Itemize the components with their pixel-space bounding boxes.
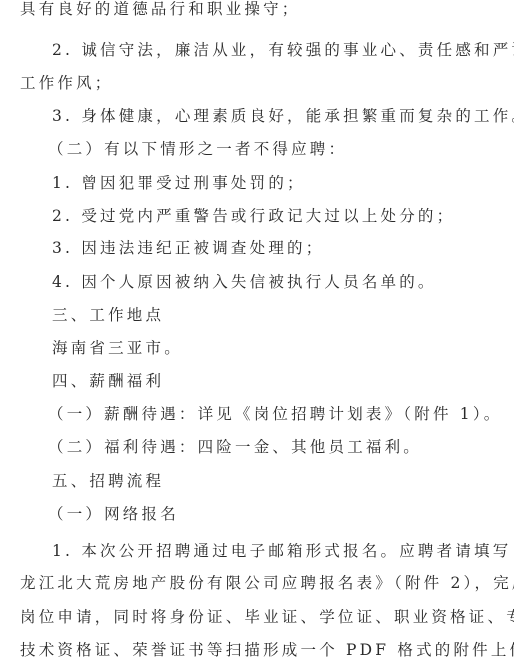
paragraph-registration-1-cont-b: 岗位申请，同时将身份证、毕业证、学位证、职业资格证、专业 (20, 607, 514, 627)
paragraph-line-requirement-2: 2. 诚信守法，廉洁从业，有较强的事业心、责任感和严谨的 (52, 40, 514, 60)
paragraph-benefits: （二）福利待遇：四险一金、其他员工福利。 (48, 437, 422, 457)
heading-recruitment-process: 五、招聘流程 (52, 471, 164, 491)
subheading-online-registration: （一）网络报名 (48, 504, 179, 524)
paragraph-registration-1-cont-a: 龙江北大荒房地产股份有限公司应聘报名表》（附件 2），完成 (20, 573, 514, 593)
paragraph-line-requirement-1-cont: 具有良好的道德品行和职业操守； (20, 0, 301, 19)
paragraph-line-requirement-3: 3. 身体健康，心理素质良好，能承担繁重而复杂的工作。 (52, 106, 514, 126)
document-page: 具有良好的道德品行和职业操守； 2. 诚信守法，廉洁从业，有较强的事业心、责任感… (0, 0, 514, 670)
paragraph-line-requirement-2-cont: 工作作风； (20, 73, 114, 93)
subheading-disqualifications: （二）有以下情形之一者不得应聘： (48, 139, 347, 159)
list-item-disqualification-2: 2. 受过党内严重警告或行政记大过以上处分的； (52, 206, 455, 226)
paragraph-work-location: 海南省三亚市。 (52, 338, 183, 358)
paragraph-salary: （一）薪酬待遇：详见《岗位招聘计划表》（附件 1）。 (48, 404, 503, 424)
list-item-disqualification-3: 3. 因违法违纪正被调查处理的； (52, 238, 324, 258)
list-item-disqualification-4: 4. 因个人原因被纳入失信被执行人员名单的。 (52, 272, 437, 292)
paragraph-registration-1-cont-c: 技术资格证、荣誉证书等扫描形成一个 PDF 格式的附件上传，邮 (20, 640, 514, 660)
list-item-disqualification-1: 1. 曾因犯罪受过刑事处罚的； (52, 173, 306, 193)
heading-work-location: 三、工作地点 (52, 305, 164, 325)
heading-compensation: 四、薪酬福利 (52, 371, 164, 391)
paragraph-registration-1: 1. 本次公开招聘通过电子邮箱形式报名。应聘者请填写《黑 (52, 541, 514, 561)
